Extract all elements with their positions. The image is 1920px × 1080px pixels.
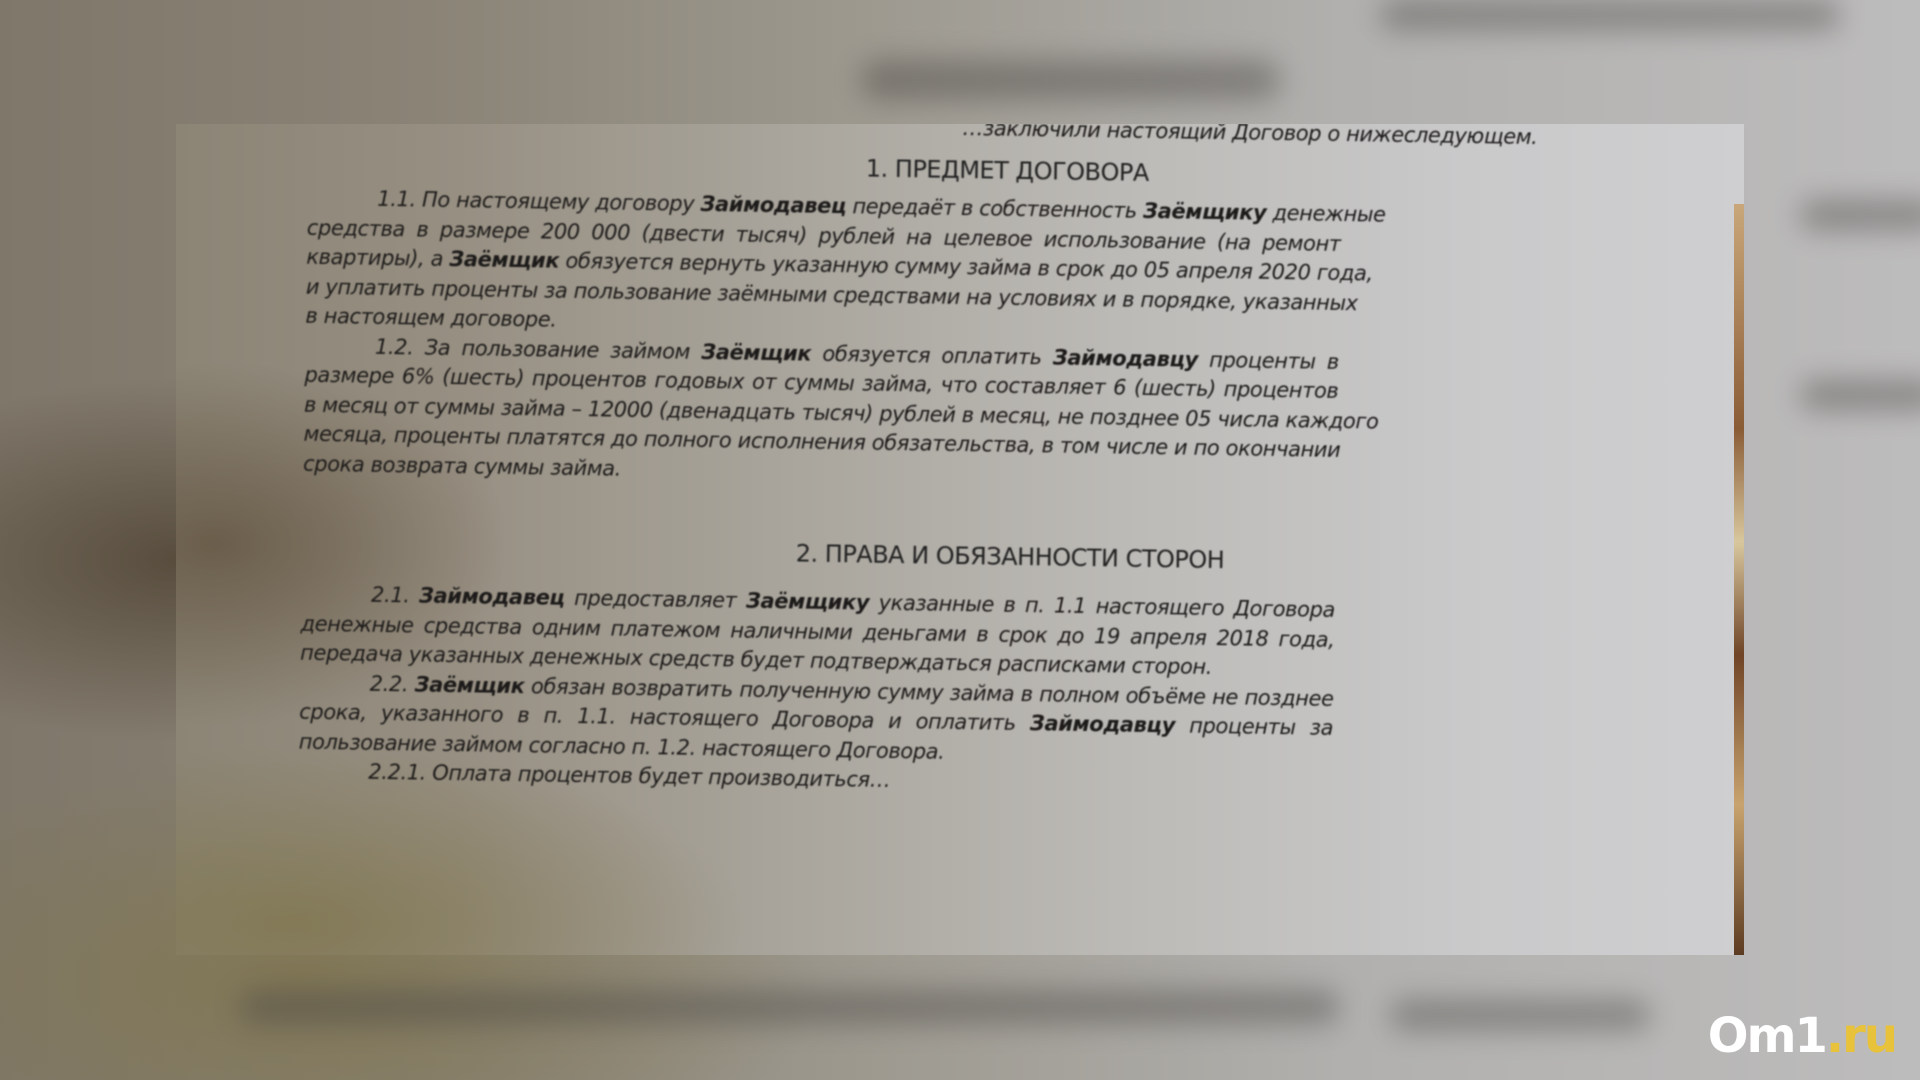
party-name: Заёмщику [1143,199,1267,225]
clause-number: 2.2. [369,671,414,696]
clause-line: 2.2.1. Оплата процентов будет производит… [368,760,890,792]
party-name: Займодавец [700,192,846,218]
section-heading-1: 1. ПРЕДМЕТ ДОГОВОРА [866,154,1149,186]
party-name: Займодавцу [1053,345,1198,371]
party-name: Займодавцу [1030,711,1175,737]
clause-number: 2.1. [371,583,419,608]
party-name: Займодавец [419,584,565,610]
clause-number: 2.2.1. [368,760,432,785]
section-heading-2: 2. ПРАВА И ОБЯЗАННОСТИ СТОРОН [796,539,1225,574]
blurred-text-fragment [1800,380,1920,410]
logo-brand: Om1 [1708,1008,1826,1064]
clause-line: в настоящем договоре. [305,304,556,332]
clause-number: 1.1. [377,187,422,212]
intro-fragment: …заключили настоящий Договор о нижеследу… [962,124,1537,149]
party-name: Заёмщику [746,589,870,615]
blurred-text-fragment [1800,200,1920,230]
blurred-text-fragment [860,60,1280,100]
blurred-text-fragment [1390,1000,1650,1030]
clause-number: 1.2. [375,334,425,359]
party-name: Заёмщик [414,672,524,698]
party-name: Заёмщик [449,247,559,273]
clause-line: срока возврата суммы займа. [303,451,621,480]
party-name: Заёмщик [701,339,811,365]
blurred-text-fragment [240,990,1340,1024]
contract-photo: …заключили настоящий Договор о нижеследу… [176,124,1744,955]
clause-line: пользование займом согласно п. 1.2. наст… [299,729,945,763]
contract-page: …заключили настоящий Договор о нижеследу… [176,124,1744,955]
om1-logo: Om1.ru [1708,1008,1896,1064]
blurred-text-fragment [1380,0,1840,30]
logo-tld: .ru [1826,1008,1896,1064]
